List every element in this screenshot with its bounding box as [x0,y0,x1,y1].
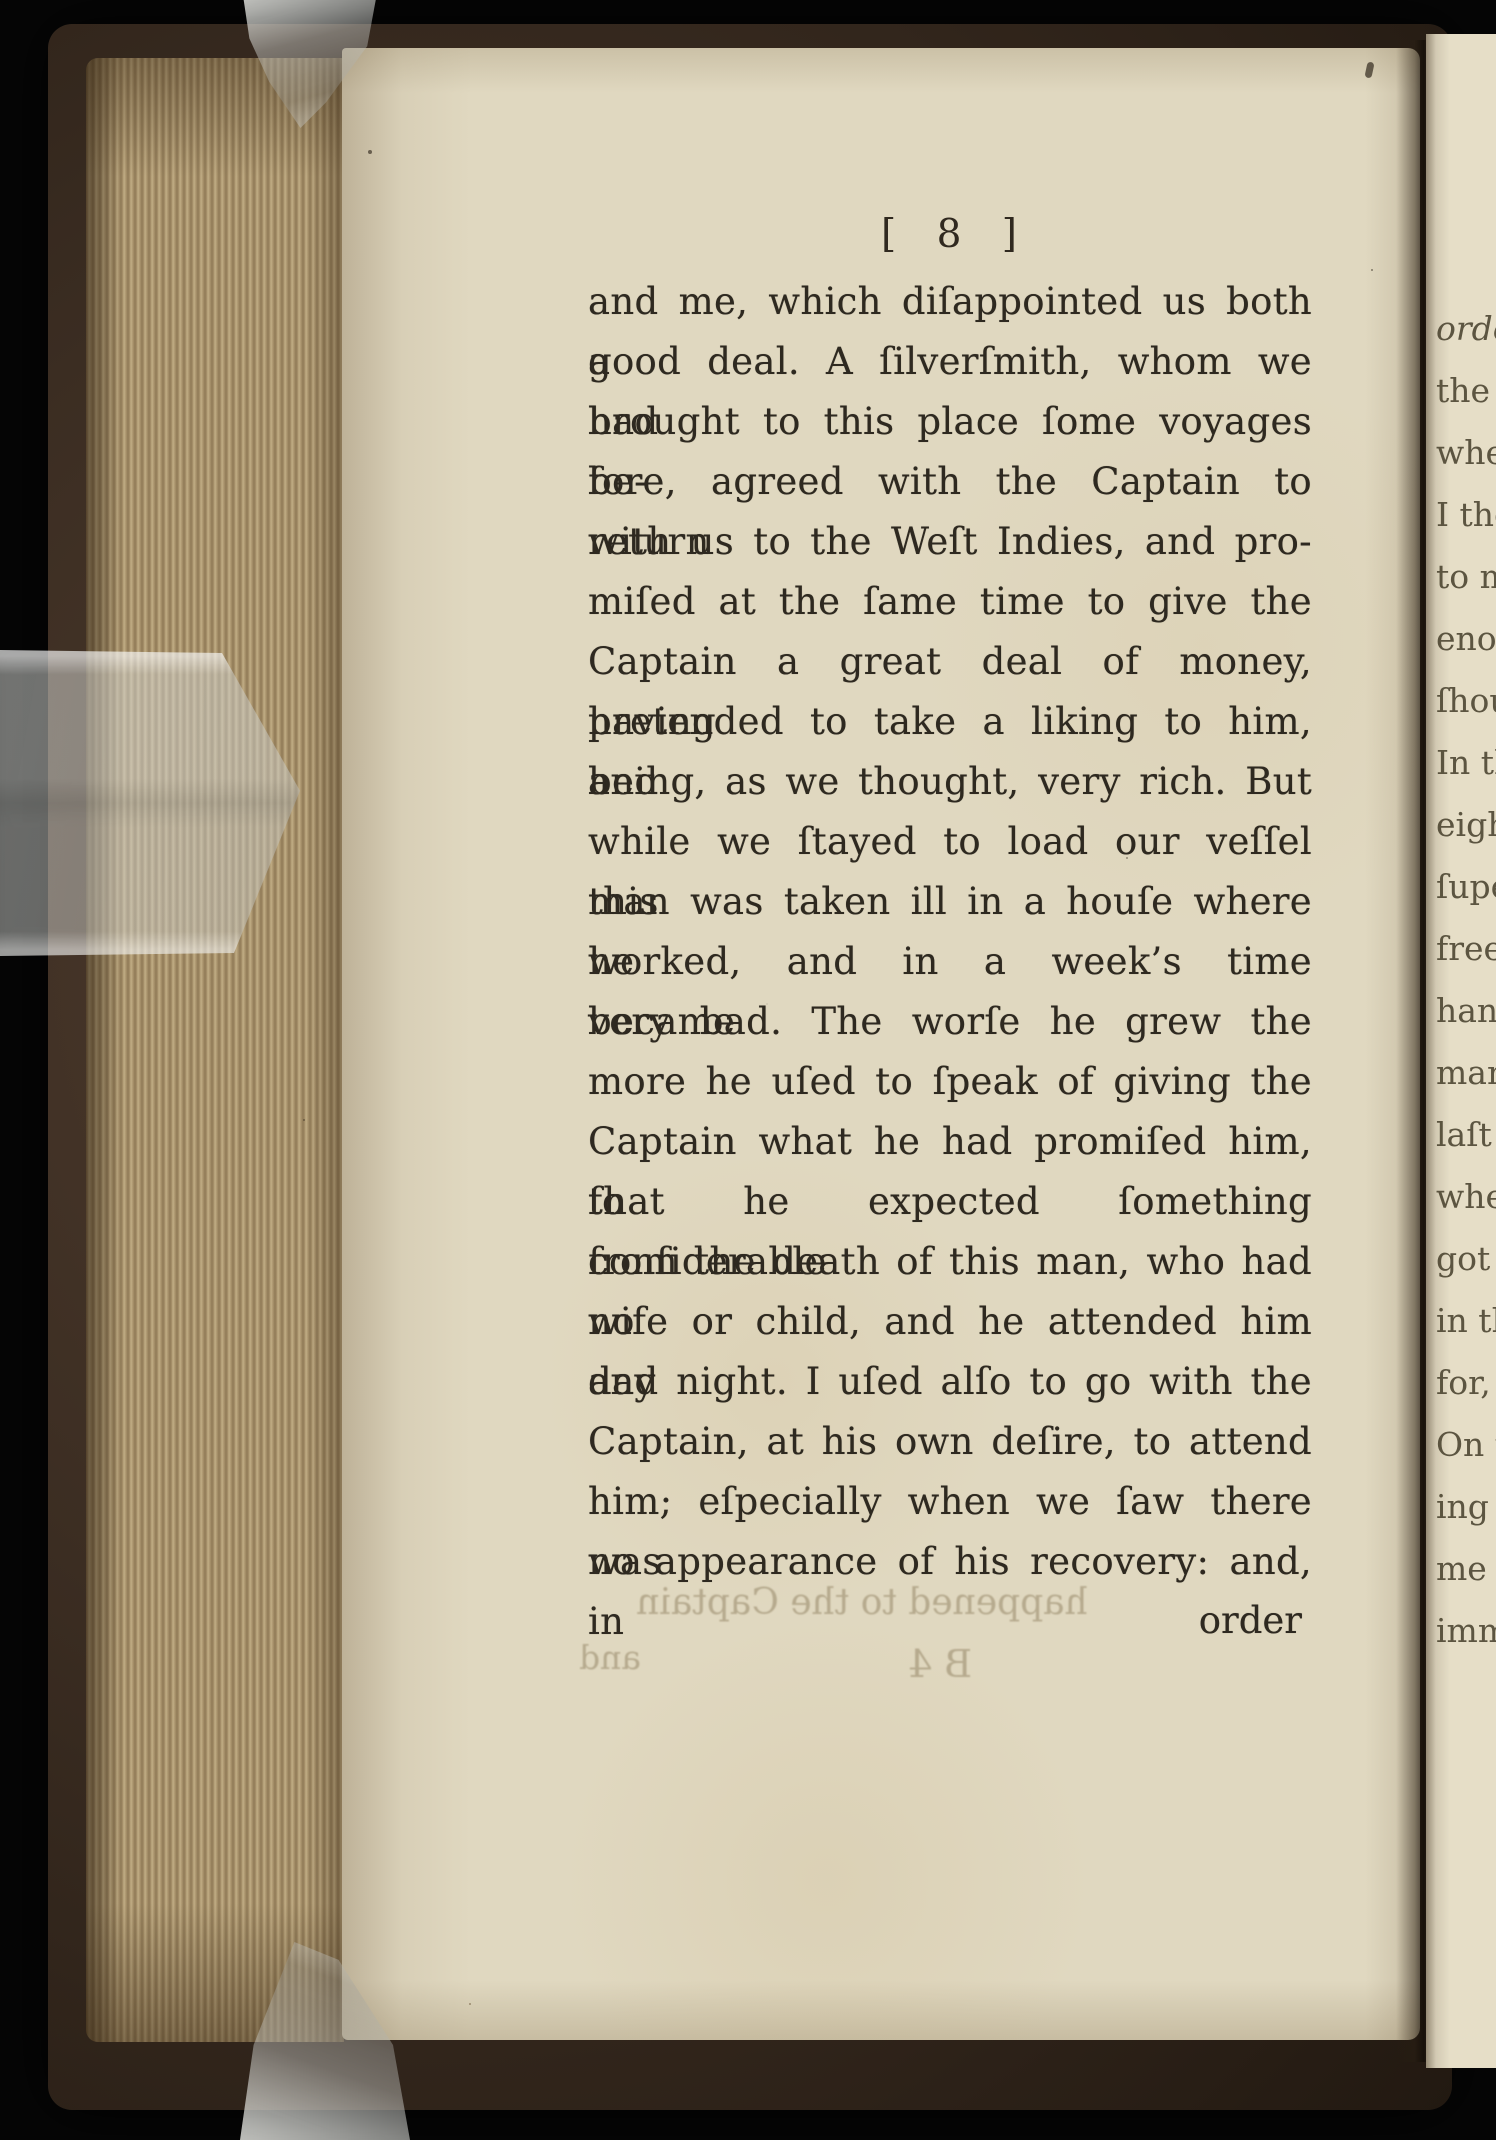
next-page-fragment: when [1436,1166,1496,1228]
page-edges-stack [86,58,344,2042]
next-page-fragment: me [1436,1538,1496,1600]
next-page-fragment: On t [1436,1414,1496,1476]
next-page-fragment: got t [1436,1228,1496,1290]
showthrough-line: happened to the Captain [552,1582,1172,1623]
next-page-fragment: ſhould [1436,670,1496,732]
text-line: and me, which diſappointed us both a [588,272,1312,332]
text-line: miſed at the ſame time to give the [588,572,1312,632]
next-page-fragment: laſt da [1436,1104,1496,1166]
next-page-fragment: hand. [1436,980,1496,1042]
next-page-fragment: ing [1436,1476,1496,1538]
text-line: and night. I uſed alſo to go with the [588,1352,1312,1412]
text-line: Captain, at his own deſire, to attend [588,1412,1312,1472]
text-line: worked, and in a week’s time became [588,932,1312,992]
book-photograph: [ 8 ] and me, which diſappointed us both… [0,0,1496,2140]
page-number: [ 8 ] [588,204,1312,266]
next-page-fragment: for, a [1436,1352,1496,1414]
text-line: Captain what he had promiſed him, ſo [588,1112,1312,1172]
text-line: while we ſtayed to load our veſſel this [588,812,1312,872]
text-line: good deal. A ſilverſmith, whom we had [588,332,1312,392]
next-page-fragment: ſuperi [1436,856,1496,918]
body-text: and me, which diſappointed us both a goo… [588,272,1312,1592]
text-line: very bad. The worſe he grew the [588,992,1312,1052]
showthrough-signature: B 4 [880,1642,1000,1686]
text-line: pretended to take a liking to him, and [588,692,1312,752]
next-page-fragment: I thou [1436,484,1496,546]
next-page-fragment: when [1436,422,1496,484]
text-line: Captain a great deal of money, having [588,632,1312,692]
next-page-fragment: eight [1436,794,1496,856]
next-page-fragment: order [1436,298,1496,360]
gutter-shadow [1396,40,1430,2062]
text-line: with us to the Weſt Indies, and pro- [588,512,1312,572]
next-page-text: order the Ca when I thou to me enoug ſho… [1436,298,1496,1662]
text-line: wife or child, and he attended him day [588,1292,1312,1352]
next-page-fragment: freedo [1436,918,1496,980]
text-line: that he expected ſomething conſiderable [588,1172,1312,1232]
showthrough-word: and [565,1638,655,1677]
next-page-fragment: the Ca [1436,360,1496,422]
ink-speck [368,150,372,154]
next-page-fragment: man, [1436,1042,1496,1104]
next-page-fragment: enoug [1436,608,1496,670]
text-line: man was taken ill in a houſe where he [588,872,1312,932]
text-line: fore, agreed with the Captain to return [588,452,1312,512]
text-line: him; eſpecially when we ſaw there was [588,1472,1312,1532]
next-page-fragment: to me [1436,546,1496,608]
next-page-fragment: in the [1436,1290,1496,1352]
next-page-fragment: imm [1436,1600,1496,1662]
text-line: being, as we thought, very rich. But [588,752,1312,812]
text-line: brought to this place ſome voyages be- [588,392,1312,452]
text-line: more he uſed to ſpeak of giving the [588,1052,1312,1112]
text-line: from the death of this man, who had no [588,1232,1312,1292]
next-page-fragment: In th [1436,732,1496,794]
